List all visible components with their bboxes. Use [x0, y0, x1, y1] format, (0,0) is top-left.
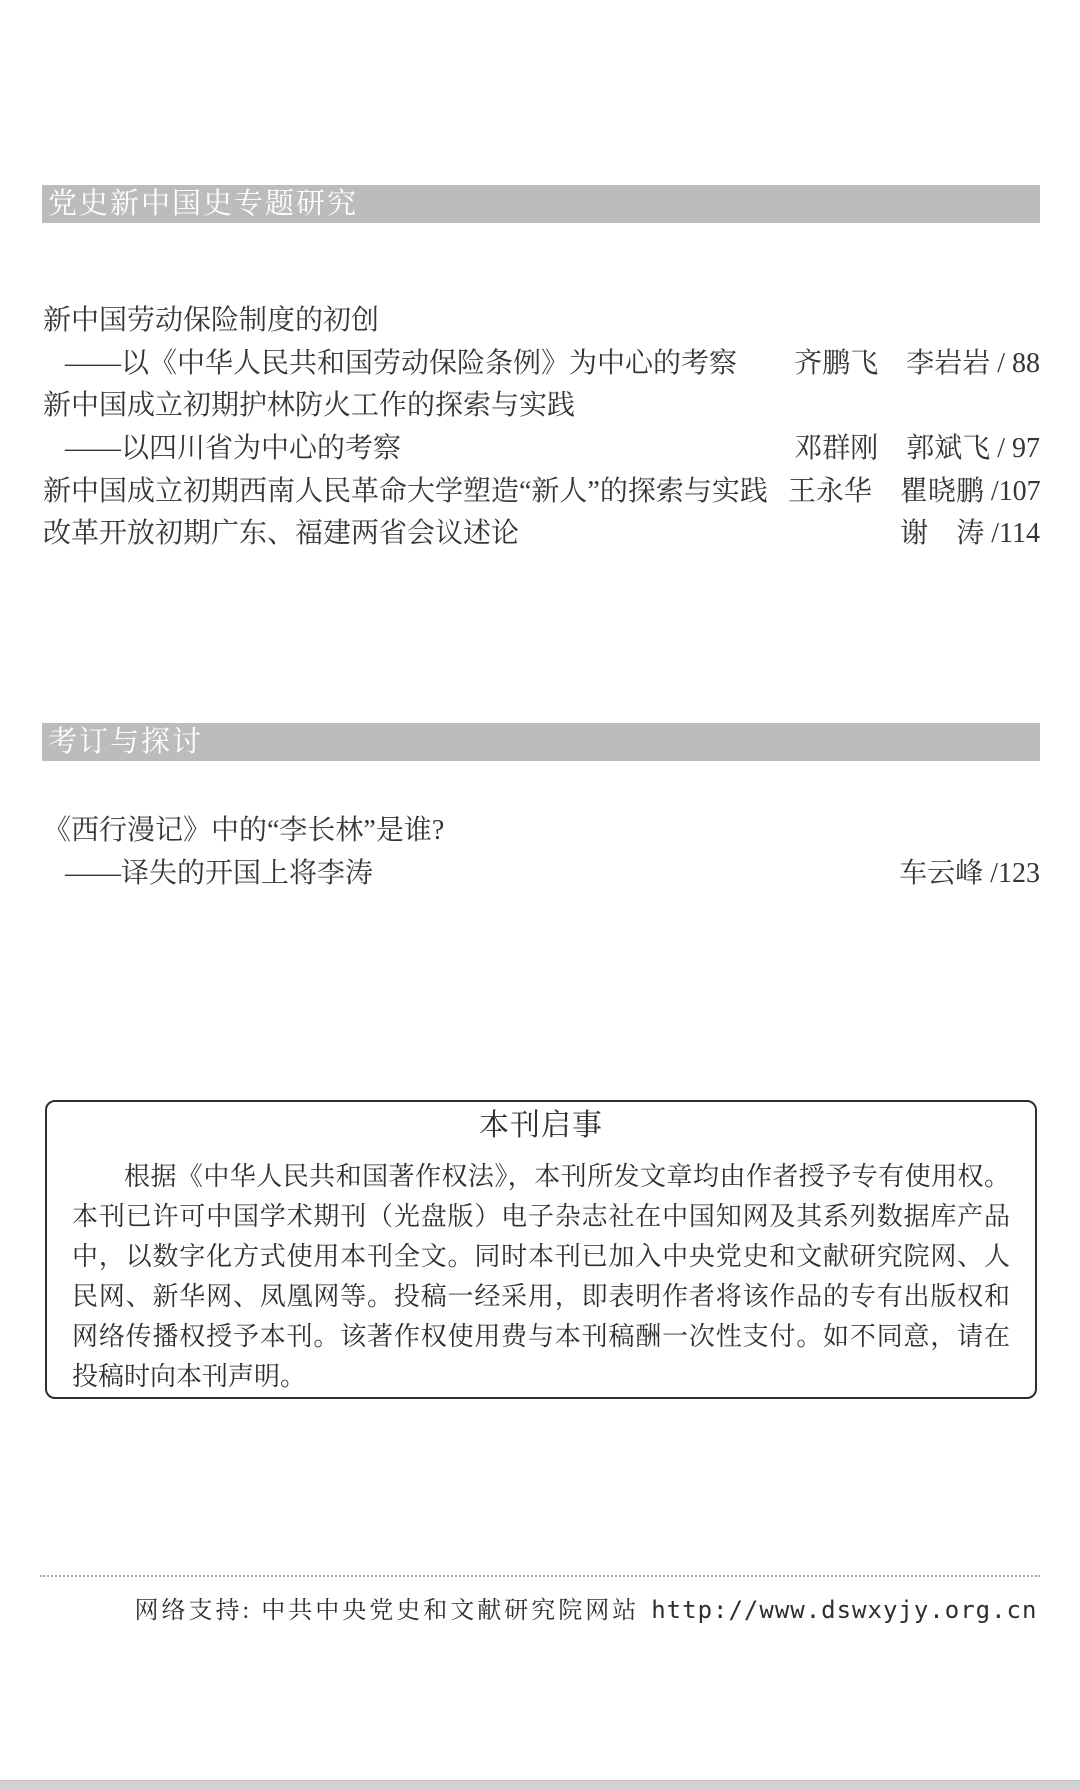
section-header-textual-research: 考订与探讨	[42, 723, 1040, 761]
footer-website-url: http://www.dswxyjy.org.cn	[651, 1596, 1037, 1624]
toc-entry: ——译失的开国上将李涛 车云峰 /123	[43, 850, 1040, 893]
toc-section-2: 《西行漫记》中的“李长林”是谁? ——译失的开国上将李涛 车云峰 /123	[43, 807, 1040, 892]
footer-dotted-rule	[40, 1575, 1040, 1577]
notice-title: 本刊启事	[72, 1106, 1010, 1146]
notice-line: 投稿时向本刊声明。	[72, 1357, 1010, 1397]
toc-entry: 改革开放初期广东、福建两省会议述论 谢 涛 /114	[43, 510, 1040, 553]
notice-box: 本刊启事 根据《中华人民共和国著作权法》，本刊所发文章均由作者授予专有使用权。 …	[45, 1100, 1037, 1399]
article-authors-page: 齐鹏飞 李岩岩 / 88	[794, 341, 1040, 381]
article-authors-page: 车云峰 /123	[899, 851, 1040, 891]
toc-entry: ——以《中华人民共和国劳动保险条例》为中心的考察 齐鹏飞 李岩岩 / 88	[43, 340, 1040, 383]
article-subtitle: ——以《中华人民共和国劳动保险条例》为中心的考察	[43, 341, 737, 381]
article-title: 改革开放初期广东、福建两省会议述论	[43, 511, 519, 551]
notice-body: 根据《中华人民共和国著作权法》，本刊所发文章均由作者授予专有使用权。 本刊已许可…	[72, 1157, 1010, 1397]
toc-section-1: 新中国劳动保险制度的初创 ——以《中华人民共和国劳动保险条例》为中心的考察 齐鹏…	[43, 297, 1040, 553]
article-authors-page: 邓群刚 郭斌飞 / 97	[794, 426, 1040, 466]
toc-entry: ——以四川省为中心的考察 邓群刚 郭斌飞 / 97	[43, 425, 1040, 468]
notice-line: 中，以数字化方式使用本刊全文。同时本刊已加入中央党史和文献研究院网、人	[72, 1237, 1010, 1277]
article-title: 新中国成立初期西南人民革命大学塑造“新人”的探索与实践	[43, 469, 768, 509]
toc-entry: 新中国劳动保险制度的初创	[43, 297, 1040, 340]
footer-support-label: 网络支持: 中共中央党史和文献研究院网站	[135, 1598, 640, 1624]
toc-entry: 新中国成立初期护林防火工作的探索与实践	[43, 382, 1040, 425]
section-header-party-history: 党史新中国史专题研究	[42, 185, 1040, 223]
notice-line: 本刊已许可中国学术期刊（光盘版）电子杂志社在中国知网及其系列数据库产品	[72, 1197, 1010, 1237]
article-title: 《西行漫记》中的“李长林”是谁?	[43, 808, 444, 848]
notice-line: 根据《中华人民共和国著作权法》，本刊所发文章均由作者授予专有使用权。	[72, 1157, 1010, 1197]
article-authors-page: 王永华 瞿晓鹏 /107	[788, 469, 1041, 509]
article-subtitle: ——译失的开国上将李涛	[43, 851, 373, 891]
bottom-edge-strip	[0, 1780, 1080, 1789]
toc-entry: 《西行漫记》中的“李长林”是谁?	[43, 807, 1040, 850]
notice-line: 网络传播权授予本刊。该著作权使用费与本刊稿酬一次性支付。如不同意，请在	[72, 1317, 1010, 1357]
footer-support-line: 网络支持: 中共中央党史和文献研究院网站http://www.dswxyjy.o…	[0, 1590, 1080, 1625]
toc-entry: 新中国成立初期西南人民革命大学塑造“新人”的探索与实践 王永华 瞿晓鹏 /107	[43, 467, 1040, 510]
article-title: 新中国劳动保险制度的初创	[43, 298, 379, 338]
article-subtitle: ——以四川省为中心的考察	[43, 426, 401, 466]
notice-line: 民网、新华网、凤凰网等。投稿一经采用，即表明作者将该作品的专有出版权和	[72, 1277, 1010, 1317]
article-authors-page: 谢 涛 /114	[900, 511, 1040, 551]
article-title: 新中国成立初期护林防火工作的探索与实践	[43, 383, 575, 423]
